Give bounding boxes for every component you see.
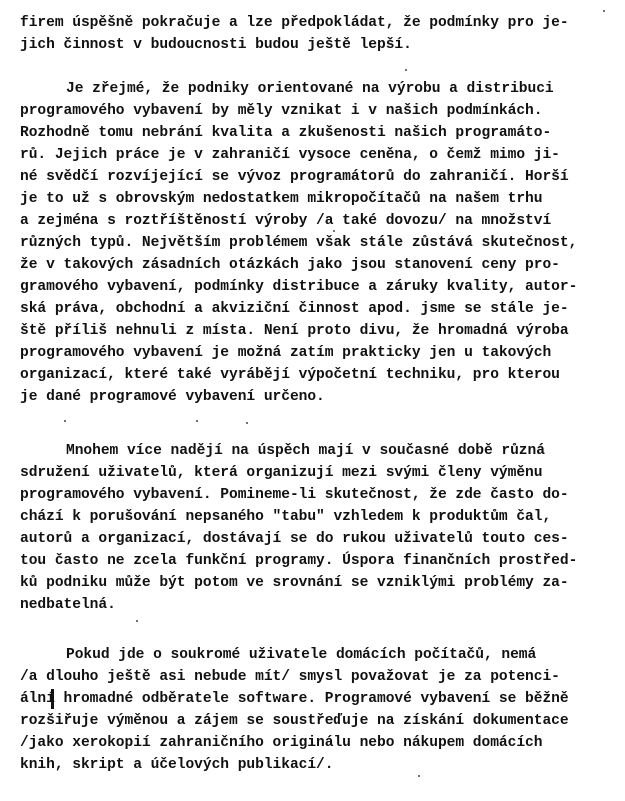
- text-line: Pokud jde o soukromé uživatele domácích …: [66, 647, 536, 663]
- text-line: Mnohem více nadějí na úspěch mají v souč…: [66, 443, 545, 459]
- text-line: tou často ne zcela funkční programy. Úsp…: [20, 553, 577, 569]
- text-line: je dané programové vybavení určeno.: [20, 389, 325, 405]
- text-line: Rozhodně tomu nebrání kvalita a zkušenos…: [20, 125, 551, 141]
- text-line: programového vybavení. Pomineme-li skute…: [20, 487, 569, 503]
- scan-speck: [64, 420, 66, 422]
- text-line: že v takových zásadních otázkách jako js…: [20, 257, 560, 273]
- text-line: ště příliš nehnuli z místa. Není proto d…: [20, 323, 569, 339]
- text-line: programového vybavení by měly vznikat i …: [20, 103, 542, 119]
- scan-speck: [333, 230, 335, 232]
- text-line: jich činnost v budoucnosti budou ještě l…: [20, 37, 412, 53]
- text-line: firem úspěšně pokračuje a lze předpoklád…: [20, 15, 569, 31]
- text-line: ální hromadné odběratele software. Progr…: [20, 691, 569, 707]
- text-line: ská práva, obchodní a akviziční činnost …: [20, 301, 569, 317]
- text-line: programového vybavení je možná zatím pra…: [20, 345, 551, 361]
- text-line: různých typů. Největším problémem však s…: [20, 235, 577, 251]
- scan-speck: [418, 775, 420, 777]
- text-line: je to už s obrovským nedostatkem mikropo…: [20, 191, 542, 207]
- typewritten-page: firem úspěšně pokračuje a lze předpoklád…: [0, 0, 625, 801]
- text-line: knih, skript a účelových publikací/.: [20, 757, 333, 773]
- text-line: rozšiřuje výměnou a zájem se soustřeďuje…: [20, 713, 569, 729]
- text-line: né svědčí rozvíjející se vývoz programát…: [20, 169, 569, 185]
- text-line: a zejména s roztříštěností výroby /a tak…: [20, 213, 551, 229]
- text-line: ků podniku může být potom ve srovnání se…: [20, 575, 569, 591]
- text-line: /jako xerokopií zahraničního originálu n…: [20, 735, 542, 751]
- correction-mark: [51, 689, 54, 709]
- text-line: autorů a organizací, dostávají se do ruk…: [20, 531, 569, 547]
- text-line: rů. Jejich práce je v zahraničí vysoce c…: [20, 147, 560, 163]
- scan-speck: [246, 422, 248, 424]
- text-line: sdružení uživatelů, která organizují mez…: [20, 465, 542, 481]
- scan-speck: [405, 69, 407, 71]
- text-line: organizací, které také vyrábějí výpočetn…: [20, 367, 560, 383]
- text-line: Je zřejmé, že podniky orientované na výr…: [66, 81, 554, 97]
- text-line: chází k porušování nepsaného "tabu" vzhl…: [20, 509, 551, 525]
- scan-speck: [603, 10, 605, 12]
- scan-speck: [196, 420, 198, 422]
- scan-speck: [360, 655, 362, 657]
- text-line: /a dlouho ještě asi nebude mít/ smysl po…: [20, 669, 560, 685]
- text-line: gramového vybavení, podmínky distribuce …: [20, 279, 577, 295]
- scan-speck: [136, 620, 138, 622]
- text-line: nedbatelná.: [20, 597, 116, 613]
